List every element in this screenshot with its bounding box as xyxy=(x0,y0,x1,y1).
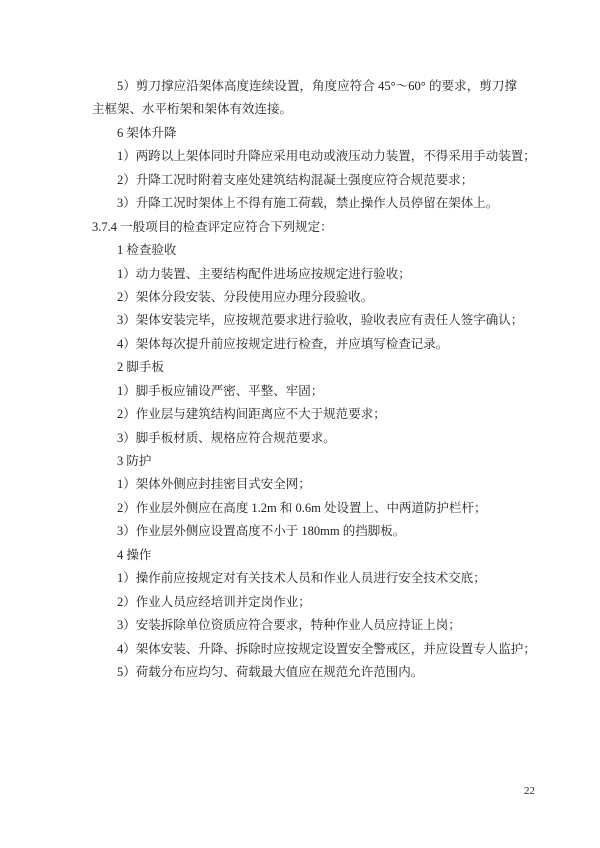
clause-line: 3）安装拆除单位资质应符合要求，特种作业人员应持证上岗； xyxy=(92,614,517,637)
clause-line: 1）动力装置、主要结构配件进场应按规定进行验收； xyxy=(92,263,517,286)
clause-line: 3）作业层外侧应设置高度不小于 180mm 的挡脚板。 xyxy=(92,520,517,543)
clause-line: 1）两跨以上架体同时升降应采用电动或液压动力装置，不得采用手动装置； xyxy=(92,145,517,168)
document-page: 5）剪刀撑应沿架体高度连续设置，角度应符合 45°～60° 的要求，剪刀撑应与 … xyxy=(0,0,600,848)
subsection-heading: 3 防护 xyxy=(92,450,517,473)
clause-line: 2）架体分段安装、分段使用应办理分段验收。 xyxy=(92,286,517,309)
clause-line: 2）作业层与建筑结构间距离应不大于规范要求； xyxy=(92,403,517,426)
clause-line: 1）架体外侧应封挂密目式安全网； xyxy=(92,473,517,496)
section-heading: 3.7.4 一般项目的检查评定应符合下列规定： xyxy=(92,216,517,239)
subsection-heading: 1 检查验收 xyxy=(92,239,517,262)
clause-line: 5）荷载分布应均匀、荷载最大值应在规范允许范围内。 xyxy=(92,661,517,684)
clause-line: 3）升降工况时架体上不得有施工荷载，禁止操作人员停留在架体上。 xyxy=(92,192,517,215)
clause-line: 5）剪刀撑应沿架体高度连续设置，角度应符合 45°～60° 的要求，剪刀撑应与 xyxy=(92,75,517,98)
page-number: 22 xyxy=(524,784,535,798)
clause-line: 1）操作前应按规定对有关技术人员和作业人员进行安全技术交底； xyxy=(92,567,517,590)
subsection-heading: 6 架体升降 xyxy=(92,122,517,145)
clause-line: 2）作业人员应经培训并定岗作业； xyxy=(92,591,517,614)
clause-line: 1）脚手板应铺设严密、平整、牢固； xyxy=(92,380,517,403)
clause-line: 3）架体安装完毕，应按规范要求进行验收，验收表应有责任人签字确认； xyxy=(92,309,517,332)
clause-line: 3）脚手板材质、规格应符合规范要求。 xyxy=(92,427,517,450)
clause-line: 主框架、水平桁架和架体有效连接。 xyxy=(92,98,517,121)
subsection-heading: 4 操作 xyxy=(92,544,517,567)
clause-line: 2）升降工况时附着支座处建筑结构混凝土强度应符合规范要求； xyxy=(92,169,517,192)
document-body: 5）剪刀撑应沿架体高度连续设置，角度应符合 45°～60° 的要求，剪刀撑应与 … xyxy=(92,75,517,684)
clause-line: 4）架体安装、升降、拆除时应按规定设置安全警戒区，并应设置专人监护； xyxy=(92,638,517,661)
subsection-heading: 2 脚手板 xyxy=(92,356,517,379)
clause-line: 4）架体每次提升前应按规定进行检查，并应填写检查记录。 xyxy=(92,333,517,356)
clause-line: 2）作业层外侧应在高度 1.2m 和 0.6m 处设置上、中两道防护栏杆； xyxy=(92,497,517,520)
